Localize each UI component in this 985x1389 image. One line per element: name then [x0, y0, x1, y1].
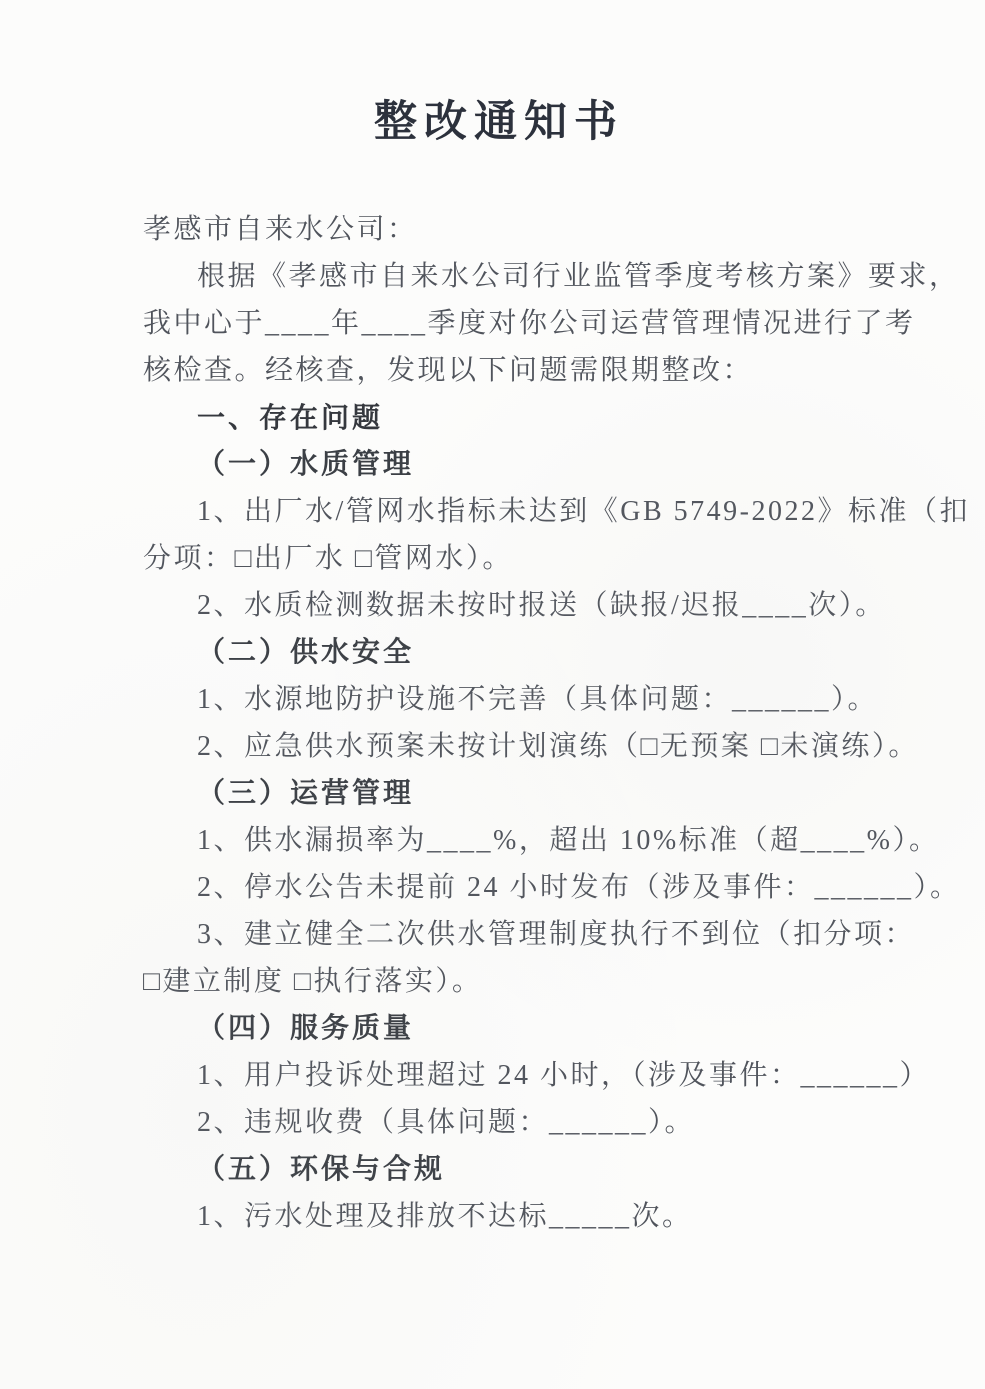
subsection-heading-operations: （三）运营管理	[143, 770, 855, 817]
operations-item-2: 2、停水公告未提前 24 小时发布（涉及事件：______）。	[143, 864, 855, 911]
salutation: 孝感市自来水公司：	[143, 206, 855, 253]
document-title: 整改通知书	[143, 96, 855, 150]
subsection-heading-environment-compliance: （五）环保与合规	[143, 1146, 855, 1193]
environment-item-1: 1、污水处理及排放不达标_____次。	[143, 1193, 855, 1240]
notice-document-page: 整改通知书 孝感市自来水公司： 根据《孝感市自来水公司行业监管季度考核方案》要求…	[0, 0, 985, 1389]
intro-line-2: 我中心于____年____季度对你公司运营管理情况进行了考	[143, 300, 855, 347]
intro-line-3: 核检查。经核查，发现以下问题需限期整改：	[143, 347, 855, 394]
subsection-heading-water-quality: （一）水质管理	[143, 441, 855, 488]
water-quality-item-1-line-2: 分项：□出厂水 □管网水）。	[143, 535, 855, 582]
subsection-heading-supply-safety: （二）供水安全	[143, 629, 855, 676]
section-heading-problems: 一、存在问题	[143, 394, 855, 441]
water-quality-item-1-line-1: 1、出厂水/管网水指标未达到《GB 5749-2022》标准（扣	[143, 488, 855, 535]
intro-line-1: 根据《孝感市自来水公司行业监管季度考核方案》要求，	[143, 253, 855, 300]
supply-safety-item-2: 2、应急供水预案未按计划演练（□无预案 □未演练）。	[143, 723, 855, 770]
service-quality-item-1: 1、用户投诉处理超过 24 小时，（涉及事件：______）	[143, 1052, 855, 1099]
supply-safety-item-1: 1、水源地防护设施不完善（具体问题：______）。	[143, 676, 855, 723]
service-quality-item-2: 2、违规收费（具体问题：______）。	[143, 1099, 855, 1146]
operations-item-3-line-2: □建立制度 □执行落实）。	[143, 958, 855, 1005]
water-quality-item-2: 2、水质检测数据未按时报送（缺报/迟报____次）。	[143, 582, 855, 629]
subsection-heading-service-quality: （四）服务质量	[143, 1005, 855, 1052]
operations-item-1: 1、供水漏损率为____%，超出 10%标准（超____%）。	[143, 817, 855, 864]
operations-item-3-line-1: 3、建立健全二次供水管理制度执行不到位（扣分项：	[143, 911, 855, 958]
